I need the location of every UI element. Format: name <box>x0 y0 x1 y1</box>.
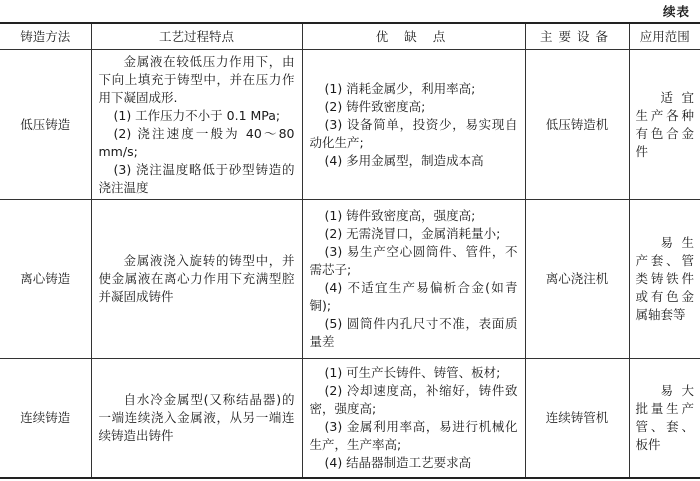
method-cell: 低压铸造 <box>0 50 91 200</box>
pros-cons-cell: (1) 消耗金属少，利用率高; (2) 铸件致密度高; (3) 设备简单，投资少… <box>302 50 525 200</box>
process-item: (1) 工作压力不小于 0.1 MPa; <box>99 107 295 125</box>
pros-cons-item: (5) 圆筒件内孔尺寸不准，表面质量差 <box>310 315 518 351</box>
process-item: (3) 浇注温度略低于砂型铸造的浇注温度 <box>99 161 295 197</box>
pros-cons-item: (4) 不适宜生产易偏析合金(如青铜); <box>310 279 518 315</box>
table-row: 连续铸造 自水冷金属型(又称结晶器)的一端连续浇入金属液，从另一端连续铸造出铸件… <box>0 359 700 479</box>
process-item: (2) 浇注速度一般为 40～80 mm/s; <box>99 125 295 161</box>
process-intro: 金属液浇入旋转的铸型中，并使金属液在离心力作用下充满型腔并凝固成铸件 <box>99 252 295 306</box>
header-application: 应用范围 <box>629 23 700 50</box>
pros-cons-item: (1) 铸件致密度高，强度高; <box>310 207 518 225</box>
table-row: 低压铸造 金属液在较低压力作用下，由下向上填充于铸型中，并在压力作用下凝固成形.… <box>0 50 700 200</box>
application-cell: 易生产套、管类铸铁件或有色金属轴套等 <box>629 200 700 359</box>
application-cell: 适宜生产各种有色合金件 <box>629 50 700 200</box>
application-text: 适宜生产各种有色合金件 <box>636 89 695 161</box>
header-process: 工艺过程特点 <box>91 23 302 50</box>
header-pros-cons: 优 缺 点 <box>302 23 525 50</box>
process-intro: 自水冷金属型(又称结晶器)的一端连续浇入金属液，从另一端连续铸造出铸件 <box>99 391 295 445</box>
pros-cons-item: (1) 可生产长铸件、铸管、板材; <box>310 364 518 382</box>
method-cell: 离心铸造 <box>0 200 91 359</box>
pros-cons-item: (3) 易生产空心圆筒件、管件，不需芯子; <box>310 243 518 279</box>
pros-cons-item: (4) 结晶器制造工艺要求高 <box>310 454 518 472</box>
process-cell: 金属液浇入旋转的铸型中，并使金属液在离心力作用下充满型腔并凝固成铸件 <box>91 200 302 359</box>
casting-methods-table: 铸造方法 工艺过程特点 优 缺 点 主要设备 应用范围 低压铸造 金属液在较低压… <box>0 22 700 479</box>
header-method: 铸造方法 <box>0 23 91 50</box>
pros-cons-cell: (1) 铸件致密度高，强度高; (2) 无需浇冒口，金属消耗量小; (3) 易生… <box>302 200 525 359</box>
table-row: 离心铸造 金属液浇入旋转的铸型中，并使金属液在离心力作用下充满型腔并凝固成铸件 … <box>0 200 700 359</box>
equipment-cell: 离心浇注机 <box>525 200 629 359</box>
table-continued-caption: 续表 <box>663 2 690 20</box>
process-cell: 自水冷金属型(又称结晶器)的一端连续浇入金属液，从另一端连续铸造出铸件 <box>91 359 302 479</box>
pros-cons-item: (2) 无需浇冒口，金属消耗量小; <box>310 225 518 243</box>
application-text: 易生产套、管类铸铁件或有色金属轴套等 <box>636 234 695 324</box>
process-intro: 金属液在较低压力作用下，由下向上填充于铸型中，并在压力作用下凝固成形. <box>99 53 295 107</box>
pros-cons-item: (2) 冷却速度高，补缩好，铸件致密，强度高; <box>310 382 518 418</box>
table-header-row: 铸造方法 工艺过程特点 优 缺 点 主要设备 应用范围 <box>0 23 700 50</box>
pros-cons-item: (3) 设备简单，投资少，易实现自动化生产; <box>310 116 518 152</box>
process-cell: 金属液在较低压力作用下，由下向上填充于铸型中，并在压力作用下凝固成形. (1) … <box>91 50 302 200</box>
equipment-cell: 低压铸造机 <box>525 50 629 200</box>
header-equipment: 主要设备 <box>525 23 629 50</box>
application-cell: 易大批量生产管、套、板件 <box>629 359 700 479</box>
pros-cons-item: (4) 多用金属型，制造成本高 <box>310 152 518 170</box>
pros-cons-item: (1) 消耗金属少，利用率高; <box>310 80 518 98</box>
application-text: 易大批量生产管、套、板件 <box>636 382 695 454</box>
equipment-cell: 连续铸管机 <box>525 359 629 479</box>
pros-cons-item: (3) 金属利用率高，易进行机械化生产，生产率高; <box>310 418 518 454</box>
method-cell: 连续铸造 <box>0 359 91 479</box>
pros-cons-item: (2) 铸件致密度高; <box>310 98 518 116</box>
pros-cons-cell: (1) 可生产长铸件、铸管、板材; (2) 冷却速度高，补缩好，铸件致密，强度高… <box>302 359 525 479</box>
